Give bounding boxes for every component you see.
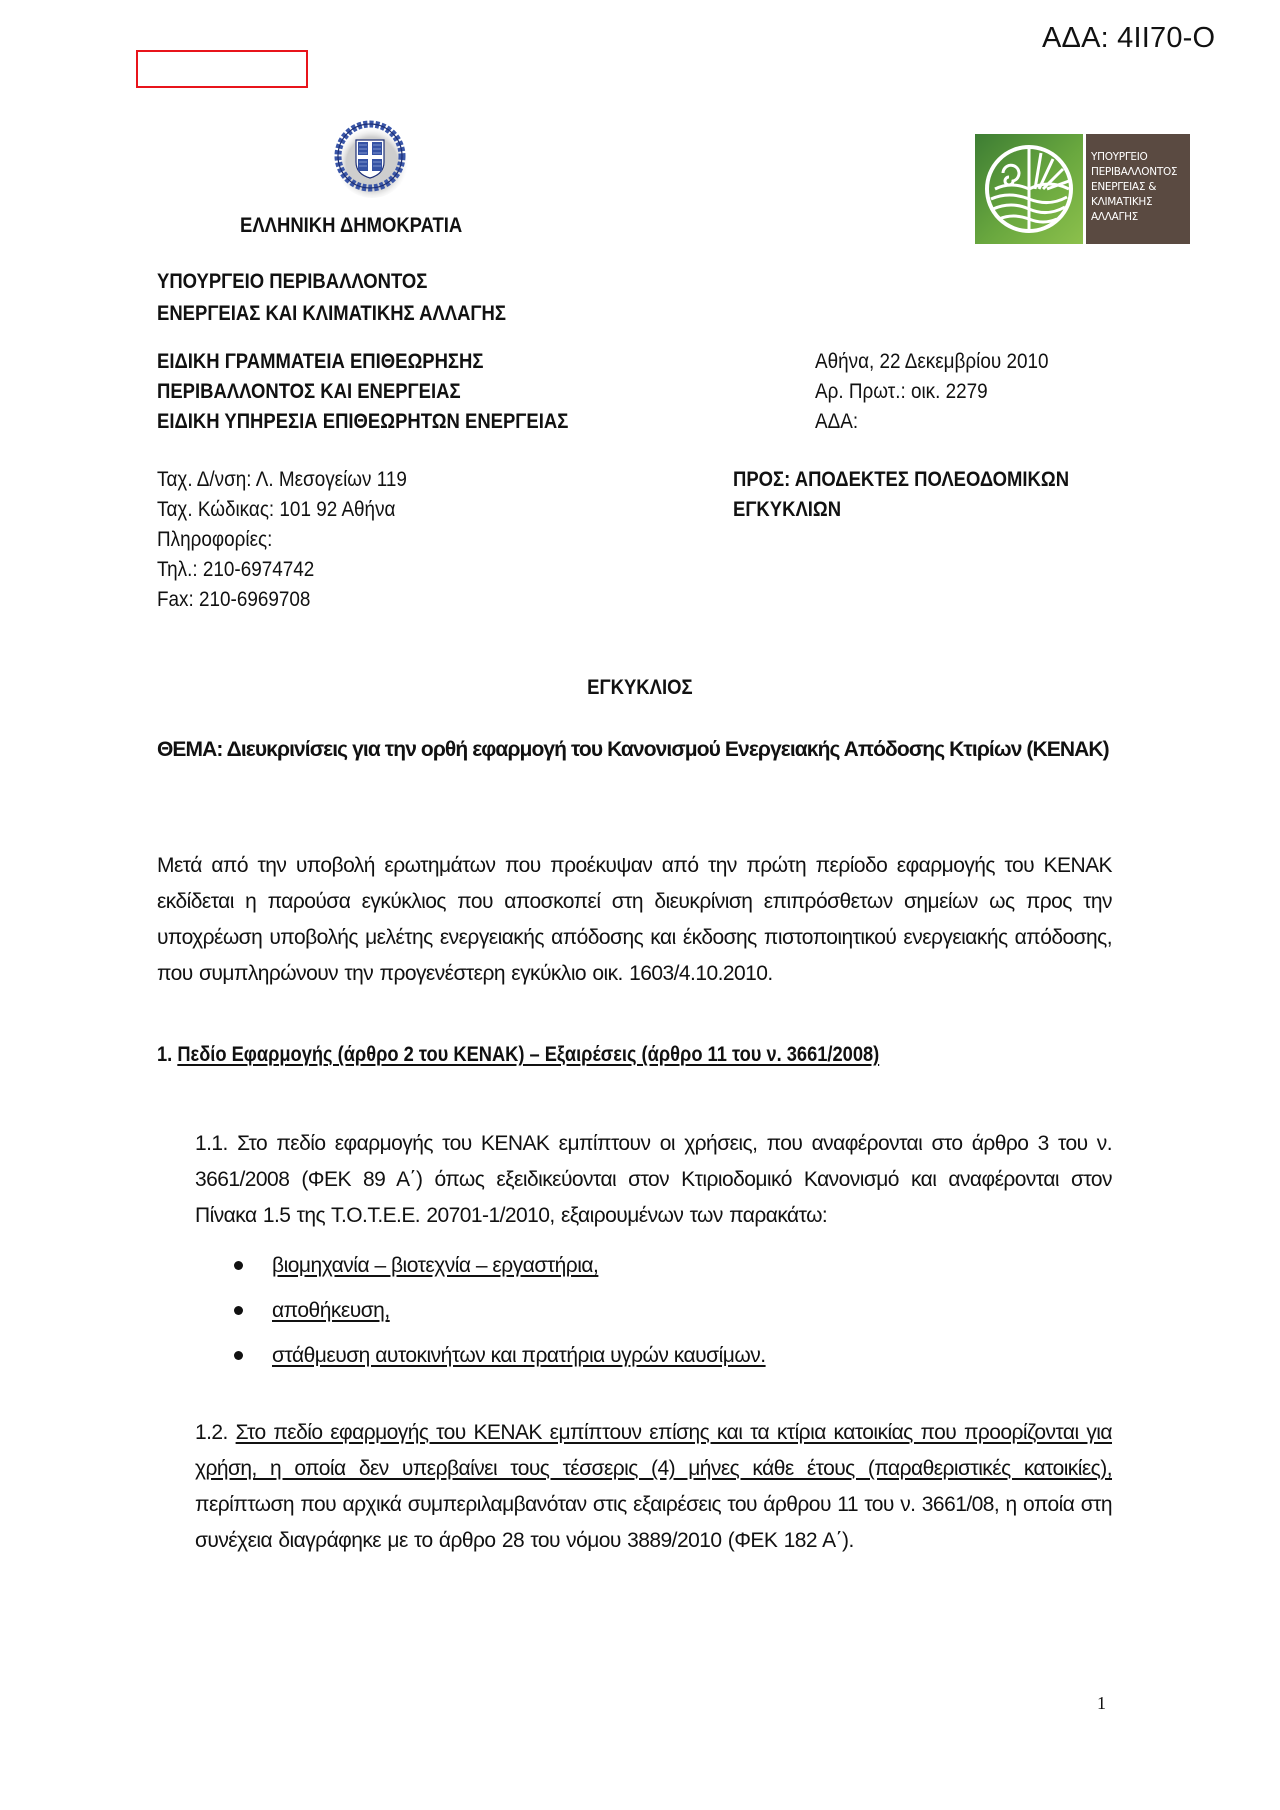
section-1-heading: 1. Πεδίο Εφαρμογής (άρθρο 2 του ΚΕΝΑΚ) –…: [157, 1043, 879, 1067]
greek-state-emblem-icon: [332, 118, 412, 198]
list-item: αποθήκευση,: [232, 1288, 766, 1333]
ministry-logo: ΥΠΟΥΡΓΕΙΟ ΠΕΡΙΒΑΛΛΟΝΤΟΣ ΕΝΕΡΓΕΙΑΣ & ΚΛΙΜ…: [975, 134, 1191, 244]
document-date: Αθήνα, 22 Δεκεμβρίου 2010: [815, 350, 1049, 374]
address-postcode: Ταχ. Κώδικας: 101 92 Αθήνα: [157, 498, 395, 522]
annotation-box: [136, 50, 308, 88]
bullet-icon: [234, 1351, 243, 1360]
list-item: βιομηχανία – βιοτεχνία – εργαστήρια,: [232, 1243, 766, 1288]
paragraph-1-1: 1.1. Στο πεδίο εφαρμογής του ΚΕΝΑΚ εμπίπ…: [195, 1126, 1112, 1234]
ada-stamp: ΑΔΑ: 4ΙΙ70-Ο: [1042, 22, 1215, 55]
bullet-icon: [234, 1261, 243, 1270]
ministry-logo-text: ΥΠΟΥΡΓΕΙΟ ΠΕΡΙΒΑΛΛΟΝΤΟΣ ΕΝΕΡΓΕΙΑΣ & ΚΛΙΜ…: [1086, 134, 1190, 244]
page-number: 1: [1097, 1693, 1106, 1714]
exclusions-list: βιομηχανία – βιοτεχνία – εργαστήρια, απο…: [232, 1243, 766, 1378]
ministry-line-2: ΕΝΕΡΓΕΙΑΣ ΚΑΙ ΚΛΙΜΑΤΙΚΗΣ ΑΛΛΑΓΗΣ: [157, 302, 506, 326]
republic-heading: ΕΛΛΗΝΙΚΗ ΔΗΜΟΚΡΑΤΙΑ: [240, 214, 462, 238]
address-street: Ταχ. Δ/νση: Λ. Μεσογείων 119: [157, 468, 407, 492]
bullet-icon: [234, 1306, 243, 1315]
intro-paragraph: Μετά από την υποβολή ερωτημάτων που προέ…: [157, 848, 1112, 992]
secretariat-line-2: ΠΕΡΙΒΑΛΛΟΝΤΟΣ ΚΑΙ ΕΝΕΡΓΕΙΑΣ: [157, 380, 461, 404]
ministry-line-1: ΥΠΟΥΡΓΕΙΟ ΠΕΡΙΒΑΛΛΟΝΤΟΣ: [157, 270, 427, 294]
address-fax: Fax: 210-6969708: [157, 588, 310, 612]
ministry-environment-logo-icon: [975, 134, 1083, 244]
subject: ΘΕΜΑ: Διευκρινίσεις για την ορθή εφαρμογ…: [157, 733, 1112, 767]
document-title: ΕΓΚΥΚΛΙΟΣ: [0, 676, 1280, 700]
protocol-number: Αρ. Πρωτ.: οικ. 2279: [815, 380, 988, 404]
section-1-title: Πεδίο Εφαρμογής (άρθρο 2 του ΚΕΝΑΚ) – Εξ…: [177, 1043, 879, 1066]
paragraph-1-2: 1.2. Στο πεδίο εφαρμογής του ΚΕΝΑΚ εμπίπ…: [195, 1415, 1112, 1559]
list-item: στάθμευση αυτοκινήτων και πρατήρια υγρών…: [232, 1333, 766, 1378]
secretariat-line-1: ΕΙΔΙΚΗ ΓΡΑΜΜΑΤΕΙΑ ΕΠΙΘΕΩΡΗΣΗΣ: [157, 350, 483, 374]
secretariat-line-3: ΕΙΔΙΚΗ ΥΠΗΡΕΣΙΑ ΕΠΙΘΕΩΡΗΤΩΝ ΕΝΕΡΓΕΙΑΣ: [157, 410, 568, 434]
address-info: Πληροφορίες:: [157, 528, 272, 552]
recipient-line-2: ΕΓΚΥΚΛΙΩΝ: [733, 498, 841, 522]
address-phone: Τηλ.: 210-6974742: [157, 558, 314, 582]
recipient-line-1: ΠΡΟΣ: ΑΠΟΔΕΚΤΕΣ ΠΟΛΕΟΔΟΜΙΚΩΝ: [733, 468, 1069, 492]
ada-label: ΑΔΑ:: [815, 410, 858, 434]
